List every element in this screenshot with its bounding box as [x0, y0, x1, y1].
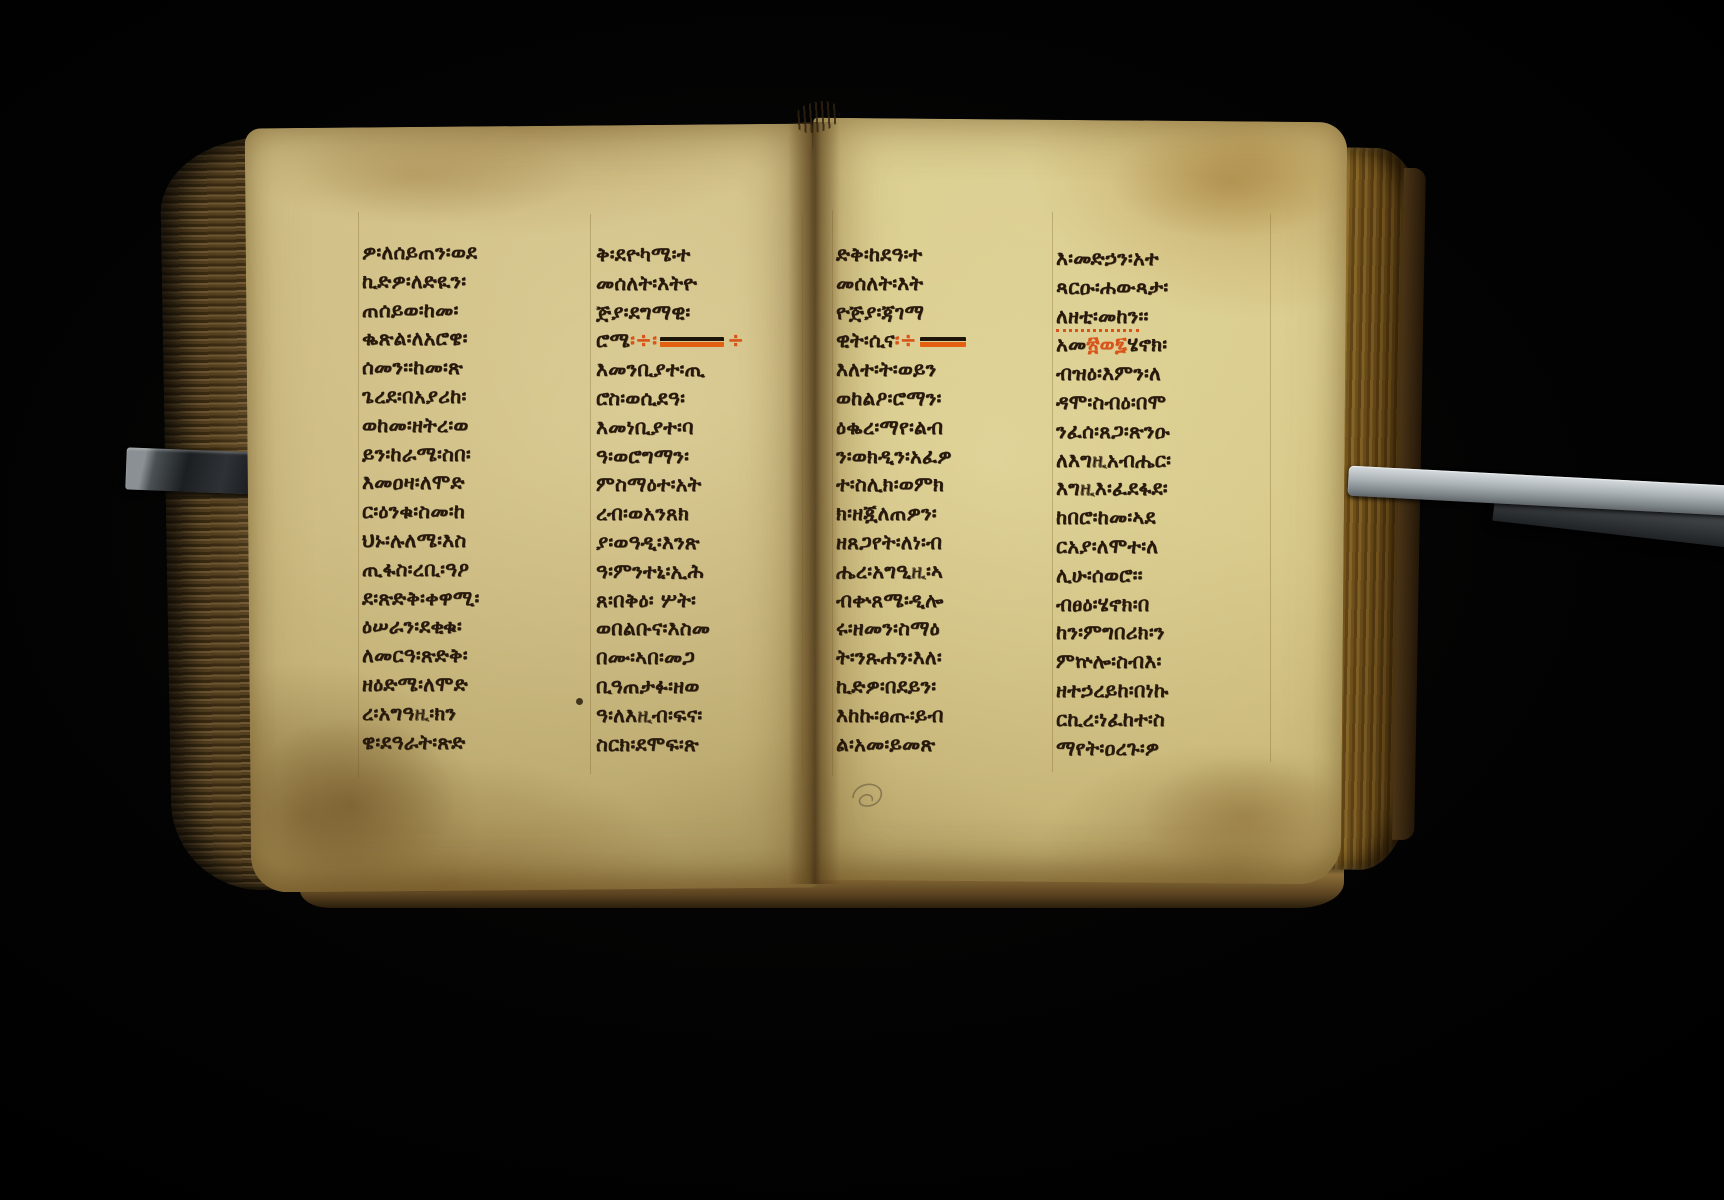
text-column-2: ቅ፡ደዮካሜ፡ተመሰለት፡እትዮጅያ፡ደግማዊ፡ሮሜ፡÷፡÷እመንቢያተ፡ጢሮስ… — [596, 240, 812, 758]
text-segment: ተ፡ስሊክ፡ወምክ — [836, 472, 944, 496]
text-segment: ወከልዖ፡ሮማን፡ — [836, 386, 942, 410]
manuscript-text-line: ቅ፡ደዮካሜ፡ተ — [596, 240, 812, 269]
text-segment: ÷ — [727, 328, 744, 352]
manuscript-text-line: ዕሠራን፡ደቂቁ፡ — [362, 612, 594, 641]
manuscript-text-line: ብዝዕ፡እምን፡ለ — [1056, 359, 1276, 388]
manuscript-text-line: ሔረ፡አግዒዚ፡ኣ — [836, 557, 1056, 586]
manuscript-text-line: ዮጅያ፡ጃገማ — [836, 298, 1056, 327]
text-segment: ዓ፡ምንተኒ፡ኢሕ — [596, 559, 704, 583]
text-segment: ዓ፡ወሮግማን፡ — [596, 444, 689, 468]
manuscript-text-line: መሰለት፡እትዮ — [596, 269, 812, 298]
manuscript-text-line: ጸ፡በቅዕ፡ ሦት፡ — [596, 586, 812, 615]
text-segment: ለእግዚአብሔር፡ — [1056, 448, 1171, 472]
text-segment: እለተ፡ት፡ወይን — [836, 357, 936, 381]
manuscript-text-line: ዘጸጋየት፡ለነ፡ብ — [836, 528, 1056, 557]
manuscript-text-line: ረብ፡ወአንጸክ — [596, 499, 812, 528]
text-segment: ሮስ፡ወሲደዓ፡ — [596, 386, 685, 410]
text-segment: ንፈሰ፡ጸጋ፡ጽንዑ — [1056, 419, 1170, 443]
manuscript-text-line: እግዚእ፡ፈደፋደ፡ — [1056, 474, 1276, 503]
text-segment: ዳሞ፡ስብዕ፡በሞ — [1056, 390, 1166, 414]
manuscript-text-line: እ፡መድኃን፡አተ — [1056, 244, 1276, 273]
manuscript-photo: ዎ፡ለሰይጠን፡ወደኪድዎ፡ለድዪን፡ጠሰይወ፡ከመ፡ቈጽል፡ለአሮዌ፡ሰመን፡… — [0, 0, 1724, 1200]
manuscript-text-line: ዎ፡ለሰይጠን፡ወደ — [362, 238, 594, 267]
manuscript-text-line: ዕቈረ፡ማየ፡ልብ — [836, 413, 1056, 442]
text-segment: ዘዕድሜ፡ለሞድ — [362, 672, 468, 696]
text-column-3: ድቅ፡ከደዓ፡ተመሰለት፡እትዮጅያ፡ጃገማዊት፡ሲና፡÷እለተ፡ት፡ወይንወከ… — [836, 240, 1056, 758]
manuscript-text-line: ንፈሰ፡ጸጋ፡ጽንዑ — [1056, 417, 1276, 446]
text-segment: ድቅ፡ከደዓ፡ተ — [836, 242, 922, 266]
text-segment: መሰለት፡እት — [836, 271, 923, 295]
text-segment: ን፡ወክዲን፡አፈዎ — [836, 444, 952, 468]
text-segment: ፡÷ — [895, 328, 917, 352]
manuscript-text-line: ት፡ንጹሐን፡እለ፡ — [836, 643, 1056, 672]
manuscript-text-line: ሮስ፡ወሲደዓ፡ — [596, 384, 812, 413]
manuscript-text-line: ህኑ፡ሉለሜ፡እስ — [362, 526, 594, 555]
text-segment: ጌረደ፡በአያሪከ፡ — [362, 384, 466, 408]
text-segment: ሔረ፡አግዒዚ፡ኣ — [836, 559, 943, 583]
text-segment: ወበልቡና፡እስመ — [596, 616, 710, 640]
manuscript-text-line: ሮሜ፡÷፡÷ — [596, 326, 812, 355]
manuscript-text-line: ዓ፡ምንተኒ፡ኢሕ — [596, 557, 812, 586]
manuscript-text-line: እመዐዛ፡ለሞድ — [362, 468, 594, 497]
text-segment: ዘተኃረይከ፡በነኩ — [1056, 678, 1168, 702]
text-segment — [920, 337, 966, 347]
text-segment: ዕቈረ፡ማየ፡ልብ — [836, 415, 943, 439]
manuscript-text-line: ሰመን፡፡ከመ፡ጽ — [362, 353, 594, 382]
manuscript-text-line: ወከመ፡ዘትረ፡ወ — [362, 411, 594, 440]
text-segment: ቈጽል፡ለአሮዌ፡ — [362, 326, 468, 350]
text-segment: ል፡አመ፡ይመጽ — [836, 732, 935, 756]
text-segment: ኪድዎ፡በደይን፡ — [836, 674, 936, 698]
manuscript-text-line: ረ፡አግዓዚ፡ክን — [362, 699, 594, 728]
manuscript-text-line: ማየት፡ዐረጉ፡ዎ — [1056, 734, 1276, 763]
text-segment: ህኑ፡ሉለሜ፡እስ — [362, 528, 466, 552]
manuscript-text-line: ያ፡ወዓዲ፡እንጽ — [596, 528, 812, 557]
text-segment: እመነቢያተ፡ባ — [596, 415, 694, 439]
manuscript-text-line: ጢፋስ፡ረቢ፡ዓዖ — [362, 555, 594, 584]
manuscript-text-line: ዘተኃረይከ፡በነኩ — [1056, 676, 1276, 705]
text-segment: ከበሮ፡ከመ፡ኣደ — [1056, 505, 1156, 529]
manuscript-text-line: ን፡ወክዲን፡አፈዎ — [836, 442, 1056, 471]
text-segment: ዌ፡ደዓራት፡ጽድ — [362, 730, 465, 754]
text-segment: እግዚእ፡ፈደፋደ፡ — [1056, 476, 1168, 500]
manuscript-text-line: ሩ፡ዘመን፡ስማዕ — [836, 614, 1056, 643]
text-segment: መሰለት፡እትዮ — [596, 271, 697, 295]
text-segment: ያ፡ወዓዲ፡እንጽ — [596, 530, 700, 554]
text-segment: ሰመን፡፡ከመ፡ጽ — [362, 355, 463, 379]
manuscript-text-line: ከበሮ፡ከመ፡ኣደ — [1056, 503, 1276, 532]
manuscript-text-line: ጌረደ፡በአያሪከ፡ — [362, 382, 594, 411]
manuscript-text-line: ለመርዓ፡ጽድቅ፡ — [362, 641, 594, 670]
manuscript-text-line: ጠሰይወ፡ከመ፡ — [362, 296, 594, 325]
text-segment: ወከመ፡ዘትረ፡ወ — [362, 413, 469, 437]
manuscript-text-line: ከን፡ምግበሪክ፡ን — [1056, 618, 1276, 647]
manuscript-text-line: ዓ፡ወሮግማን፡ — [596, 442, 812, 471]
manuscript-text-line: ብቍጸሜ፡ዲሎ — [836, 586, 1056, 615]
manuscript-text-line: እመንቢያተ፡ጢ — [596, 355, 812, 384]
scribble-mark — [845, 776, 891, 816]
manuscript-text-line: ርአያ፡ለሞተ፡ለ — [1056, 532, 1276, 561]
text-segment: ብፀዕ፡ሄኖክ፡በ — [1056, 592, 1149, 616]
manuscript-text-line: ዓ፡ለእዚብ፡ፍና፡ — [596, 701, 812, 730]
ruling-line — [358, 212, 359, 778]
text-segment: እመዐዛ፡ለሞድ — [362, 470, 465, 494]
manuscript-text-line: እለተ፡ት፡ወይን — [836, 355, 1056, 384]
text-segment: ሮሜ — [596, 328, 630, 352]
manuscript-text-line: ኪድዎ፡ለድዪን፡ — [362, 267, 594, 296]
text-column-4: እ፡መድኃን፡አተጻርዑ፡ሐውጻታ፡ለዘቲ፡መከን፡፡አመ፳ወ፯ሄኖክ፡ብዝዕ፡… — [1056, 244, 1276, 762]
text-segment: እ፡መድኃን፡አተ — [1056, 246, 1159, 270]
text-segment: ፡÷፡ — [630, 328, 657, 352]
text-segment: ርአያ፡ለሞተ፡ለ — [1056, 534, 1158, 558]
text-segment: ደ፡ጽድቅ፡ቀዋሚ፡ — [362, 586, 480, 610]
manuscript-text-line: ዳሞ፡ስብዕ፡በሞ — [1056, 388, 1276, 417]
manuscript-text-line: ወከልዖ፡ሮማን፡ — [836, 384, 1056, 413]
manuscript-text-line: ለዘቲ፡መከን፡፡ — [1056, 302, 1276, 331]
text-column-1: ዎ፡ለሰይጠን፡ወደኪድዎ፡ለድዪን፡ጠሰይወ፡ከመ፡ቈጽል፡ለአሮዌ፡ሰመን፡… — [362, 238, 594, 756]
text-segment: በሙ፡ኣበ፡መጋ — [596, 645, 695, 669]
text-segment: ረብ፡ወአንጸክ — [596, 501, 689, 525]
text-segment: ከን፡ምግበሪክ፡ን — [1056, 620, 1165, 644]
text-segment: ቢዓጠታፉ፡ዘወ — [596, 674, 700, 698]
manuscript-text-line: ል፡አመ፡ይመጽ — [836, 730, 1056, 759]
text-segment: ት፡ንጹሐን፡እለ፡ — [836, 645, 942, 669]
manuscript-text-line: ጻርዑ፡ሐውጻታ፡ — [1056, 273, 1276, 302]
text-segment: ሩ፡ዘመን፡ስማዕ — [836, 616, 940, 640]
manuscript-text-line: ይን፡ከራሜ፡ስበ፡ — [362, 440, 594, 469]
manuscript-text-line: ቈጽል፡ለአሮዌ፡ — [362, 324, 594, 353]
text-segment: ለዘቲ፡መከን — [1056, 304, 1139, 332]
text-segment: ለመርዓ፡ጽድቅ፡ — [362, 643, 468, 667]
manuscript-text-line: ኪድዎ፡በደይን፡ — [836, 672, 1056, 701]
text-segment: እመንቢያተ፡ጢ — [596, 357, 705, 381]
text-segment: ጻርዑ፡ሐውጻታ፡ — [1056, 275, 1168, 299]
text-segment: ዘጸጋየት፡ለነ፡ብ — [836, 530, 942, 554]
text-segment: ፳ወ፯ — [1086, 332, 1127, 356]
text-segment: ጢፋስ፡ረቢ፡ዓዖ — [362, 557, 469, 581]
text-segment: ማየት፡ዐረጉ፡ዎ — [1056, 736, 1159, 760]
text-segment: ዮጅያ፡ጃገማ — [836, 300, 924, 324]
manuscript-text-line: ደ፡ጽድቅ፡ቀዋሚ፡ — [362, 584, 594, 613]
manuscript-text-line: ቢዓጠታፉ፡ዘወ — [596, 672, 812, 701]
text-segment: ኪድዎ፡ለድዪን፡ — [362, 269, 466, 293]
text-segment: ብዝዕ፡እምን፡ለ — [1056, 361, 1161, 385]
text-segment: ምስማዕተ፡አት — [596, 472, 701, 496]
manuscript-text-line: በሙ፡ኣበ፡መጋ — [596, 643, 812, 672]
manuscript-text-line: ድቅ፡ከደዓ፡ተ — [836, 240, 1056, 269]
text-segment: ርኪረ፡ነፈከተ፡ስ — [1056, 707, 1165, 731]
text-segment: እከኩ፡ፀጡ፡ይብ — [836, 703, 944, 727]
text-segment: ሊሁ፡ሰወሮ፡፡ — [1056, 563, 1143, 587]
text-segment: ዓ፡ለእዚብ፡ፍና፡ — [596, 703, 702, 727]
text-segment: አመ — [1056, 332, 1086, 356]
manuscript-text-line: ዊት፡ሲና፡÷ — [836, 326, 1056, 355]
text-segment: ምኵሎ፡ስብእ፡ — [1056, 649, 1162, 673]
manuscript-text-line: ወበልቡና፡እስመ — [596, 614, 812, 643]
text-segment: ዊት፡ሲና — [836, 328, 895, 352]
text-segment: ር፡ዕንቁ፡ስመ፡ከ — [362, 499, 465, 523]
manuscript-text-line: መሰለት፡እት — [836, 269, 1056, 298]
text-segment — [660, 337, 724, 347]
text-segment: ጅያ፡ደግማዊ፡ — [596, 300, 690, 324]
manuscript-text-line: አመ፳ወ፯ሄኖክ፡ — [1056, 330, 1276, 359]
manuscript-text-line: ለእግዚአብሔር፡ — [1056, 446, 1276, 475]
manuscript-text-line: ሊሁ፡ሰወሮ፡፡ — [1056, 561, 1276, 590]
manuscript-text-line: ክ፡ዘጇለጠዎን፡ — [836, 499, 1056, 528]
metal-clamp-left — [125, 447, 261, 494]
text-segment: ቅ፡ደዮካሜ፡ተ — [596, 242, 690, 266]
text-segment: ረ፡አግዓዚ፡ክን — [362, 701, 456, 725]
text-segment: ዕሠራን፡ደቂቁ፡ — [362, 614, 462, 638]
text-segment: ጠሰይወ፡ከመ፡ — [362, 298, 459, 322]
text-segment: ፡፡ — [1139, 304, 1149, 328]
text-segment: ብቍጸሜ፡ዲሎ — [836, 588, 944, 612]
manuscript-text-line: ብፀዕ፡ሄኖክ፡በ — [1056, 590, 1276, 619]
manuscript-text-line: ተ፡ስሊክ፡ወምክ — [836, 470, 1056, 499]
manuscript-text-line: እመነቢያተ፡ባ — [596, 413, 812, 442]
text-segment: ጸ፡በቅዕ፡ ሦት፡ — [596, 588, 696, 612]
manuscript-text-line: ጅያ፡ደግማዊ፡ — [596, 298, 812, 327]
text-segment: ሄኖክ፡ — [1127, 332, 1167, 356]
text-segment: ክ፡ዘጇለጠዎን፡ — [836, 501, 937, 525]
manuscript-text-line: ምኵሎ፡ስብእ፡ — [1056, 647, 1276, 676]
text-segment: ይን፡ከራሜ፡ስበ፡ — [362, 442, 471, 466]
text-segment: ስርክ፡ደሞፍ፡ጽ — [596, 732, 699, 756]
manuscript-text-line: ርኪረ፡ነፈከተ፡ስ — [1056, 705, 1276, 734]
manuscript-text-line: ዘዕድሜ፡ለሞድ — [362, 670, 594, 699]
manuscript-text-line: ስርክ፡ደሞፍ፡ጽ — [596, 730, 812, 759]
manuscript-text-line: እከኩ፡ፀጡ፡ይብ — [836, 701, 1056, 730]
manuscript-text-line: ር፡ዕንቁ፡ስመ፡ከ — [362, 497, 594, 526]
manuscript-text-line: ዌ፡ደዓራት፡ጽድ — [362, 728, 594, 757]
text-segment: ዎ፡ለሰይጠን፡ወደ — [362, 240, 477, 264]
manuscript-text-line: ምስማዕተ፡አት — [596, 470, 812, 499]
ruling-line — [832, 210, 833, 776]
